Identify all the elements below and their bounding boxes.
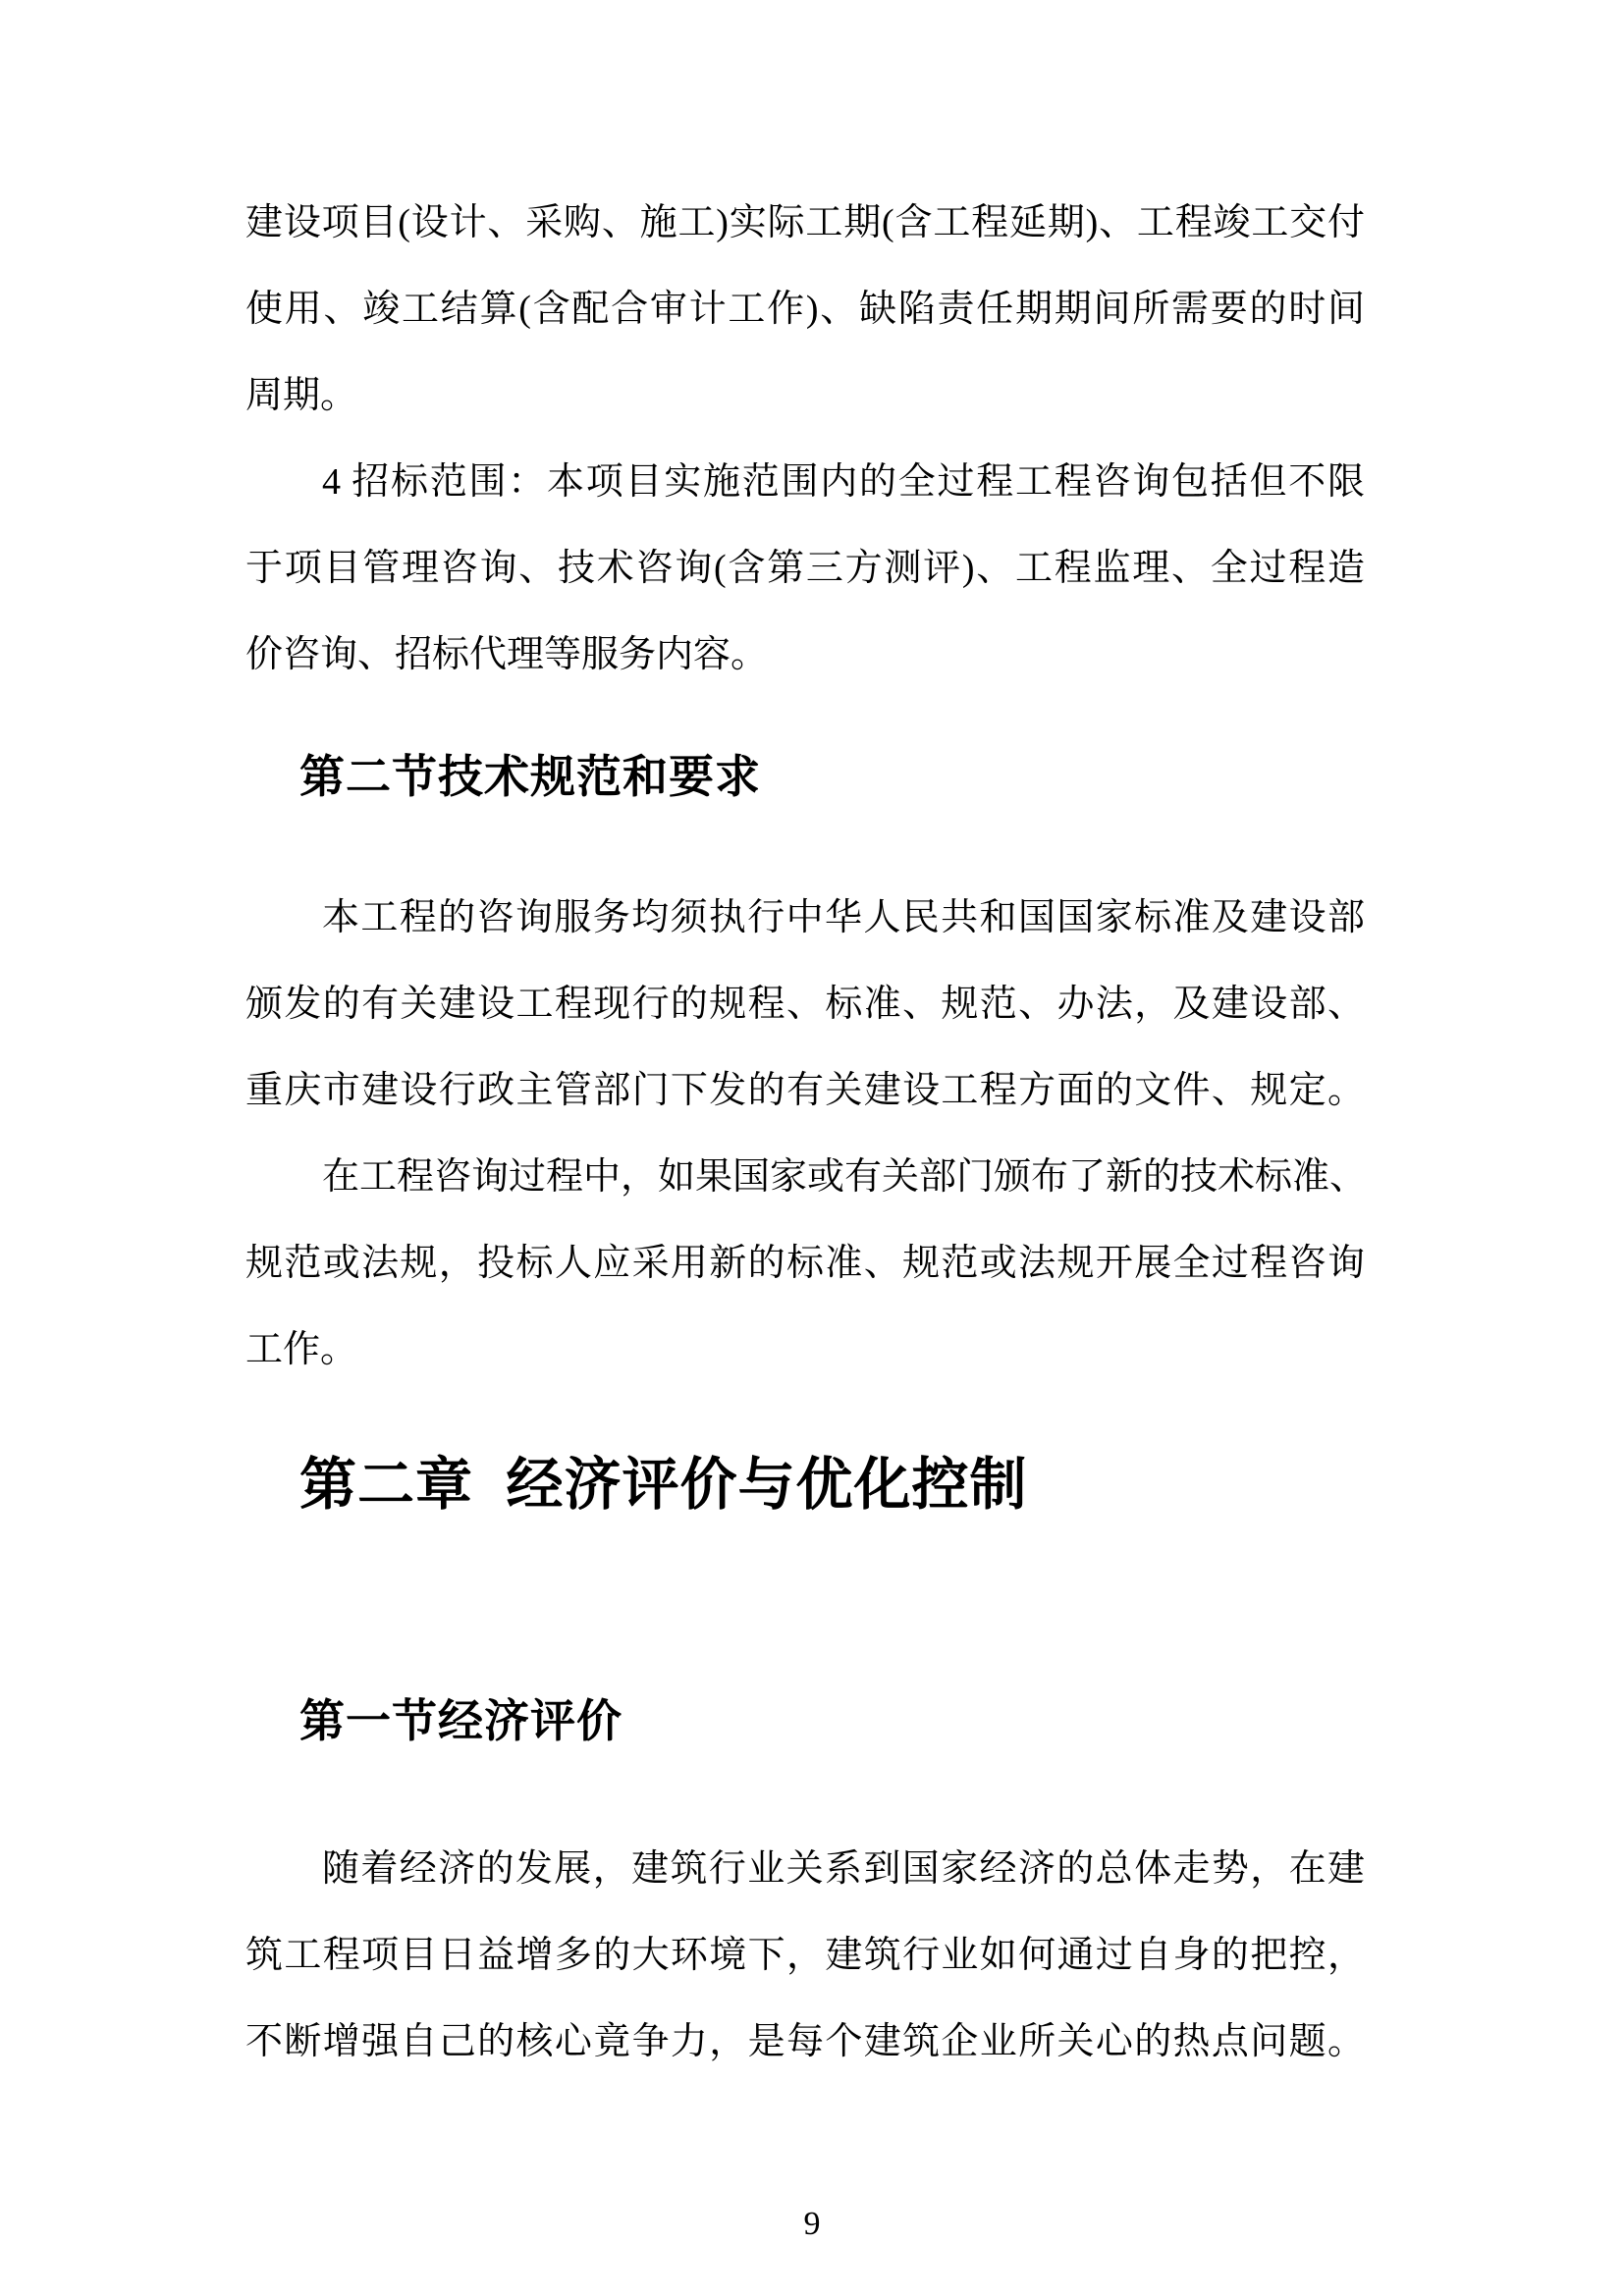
document-body: 建设项目(设计、采购、施工)实际工期(含工程延期)、工程竣工交付 使用、竣工结算… bbox=[245, 180, 1365, 2085]
section-heading-technical-specs: 第二节技术规范和要求 bbox=[299, 734, 1365, 821]
paragraph: 在工程咨询过程中，如果国家或有关部门颁布了新的技术标准、 规范或法规，投标人应采… bbox=[245, 1134, 1365, 1393]
text-line: 筑工程项目日益增多的大环境下，建筑行业如何通过自身的把控， bbox=[245, 1912, 1365, 1999]
text-line: 使用、竣工结算(含配合审计工作)、缺陷责任期期间所需要的时间 bbox=[245, 266, 1365, 352]
text-line: 在工程咨询过程中，如果国家或有关部门颁布了新的技术标准、 bbox=[245, 1134, 1365, 1220]
paragraph: 本工程的咨询服务均须执行中华人民共和国国家标准及建设部 颁发的有关建设工程现行的… bbox=[245, 875, 1365, 1134]
text-line: 于项目管理咨询、技术咨询(含第三方测评)、工程监理、全过程造 bbox=[245, 525, 1365, 612]
paragraph: 随着经济的发展，建筑行业关系到国家经济的总体走势，在建 筑工程项目日益增多的大环… bbox=[245, 1826, 1365, 2085]
text-line: 价咨询、招标代理等服务内容。 bbox=[245, 612, 1365, 698]
text-line: 不断增强自己的核心竟争力，是每个建筑企业所关心的热点问题。 bbox=[245, 1999, 1365, 2085]
document-page: 建设项目(设计、采购、施工)实际工期(含工程延期)、工程竣工交付 使用、竣工结算… bbox=[0, 0, 1624, 2296]
text-line: 颁发的有关建设工程现行的规程、标准、规范、办法，及建设部、 bbox=[245, 961, 1365, 1047]
text-line: 周期。 bbox=[245, 352, 1365, 439]
text-line: 随着经济的发展，建筑行业关系到国家经济的总体走势，在建 bbox=[245, 1826, 1365, 1912]
paragraph: 建设项目(设计、采购、施工)实际工期(含工程延期)、工程竣工交付 使用、竣工结算… bbox=[245, 180, 1365, 439]
text-line: 4 招标范围：本项目实施范围内的全过程工程咨询包括但不限 bbox=[245, 439, 1365, 525]
text-line: 本工程的咨询服务均须执行中华人民共和国国家标准及建设部 bbox=[245, 875, 1365, 961]
page-number: 9 bbox=[0, 2205, 1624, 2244]
section-heading-economic-evaluation: 第一节经济评价 bbox=[299, 1679, 1365, 1765]
text-line: 建设项目(设计、采购、施工)实际工期(含工程延期)、工程竣工交付 bbox=[245, 180, 1365, 266]
paragraph: 4 招标范围：本项目实施范围内的全过程工程咨询包括但不限 于项目管理咨询、技术咨… bbox=[245, 439, 1365, 698]
text-line: 重庆市建设行政主管部门下发的有关建设工程方面的文件、规定。 bbox=[245, 1047, 1365, 1134]
chapter-heading-economic-evaluation: 第二章 经济评价与优化控制 bbox=[299, 1431, 1365, 1539]
text-line: 规范或法规，投标人应采用新的标准、规范或法规开展全过程咨询 bbox=[245, 1220, 1365, 1307]
text-line: 工作。 bbox=[245, 1307, 1365, 1393]
